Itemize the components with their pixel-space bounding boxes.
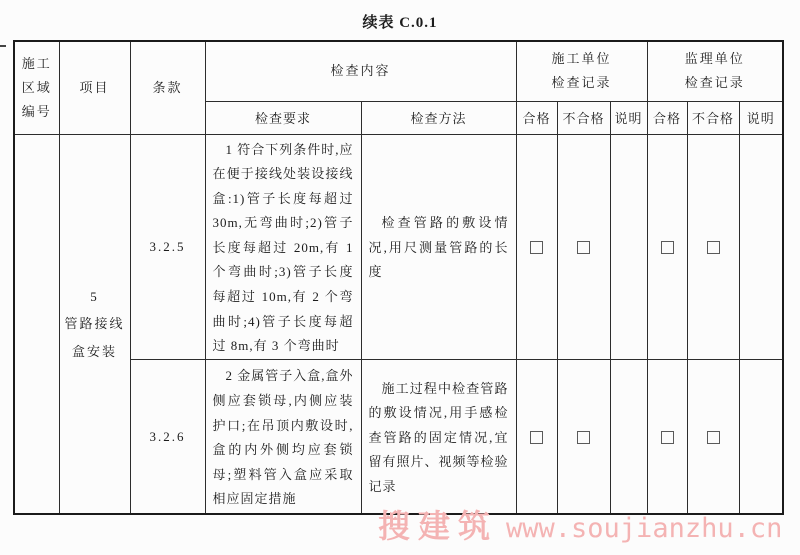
fail-cell-construction bbox=[557, 134, 610, 359]
fail-cell-construction bbox=[557, 359, 610, 514]
requirement-cell: 2 金属管子入盒,盒外侧应套锁母,内侧应装护口;在吊顶内敷设时,盒的内外侧均应套… bbox=[205, 359, 361, 514]
clause-cell: 3.2.6 bbox=[130, 359, 205, 514]
header-fail-construction: 不合格 bbox=[557, 101, 610, 134]
method-cell: 施工过程中检查管路的敷设情况,用手感检查管路的固定情况,宜留有照片、视频等检验记… bbox=[361, 359, 516, 514]
header-fail-supervision: 不合格 bbox=[687, 101, 739, 134]
header-requirement: 检查要求 bbox=[205, 101, 361, 134]
header-clause: 条款 bbox=[130, 41, 205, 134]
header-project: 项目 bbox=[59, 41, 130, 134]
pass-checkbox-supervision[interactable] bbox=[661, 241, 674, 254]
document-page: 续表 C.0.1 施工 区域 编号 项目 条款 检查内容 施工单位 检查记录 监… bbox=[0, 0, 800, 555]
watermark-url: www.soujianzhu.cn bbox=[506, 513, 782, 544]
header-pass-supervision: 合格 bbox=[647, 101, 687, 134]
clause-cell: 3.2.5 bbox=[130, 134, 205, 359]
fail-checkbox-construction[interactable] bbox=[577, 241, 590, 254]
watermark-cjk: 搜建筑 bbox=[378, 508, 498, 544]
method-cell: 检查管路的敷设情况,用尺测量管路的长度 bbox=[361, 134, 516, 359]
header-pass-construction: 合格 bbox=[516, 101, 557, 134]
requirement-cell: 1 符合下列条件时,应在便于接线处装设接线盒:1)管子长度每超过 30m,无弯曲… bbox=[205, 134, 361, 359]
pass-checkbox-supervision[interactable] bbox=[661, 431, 674, 444]
pass-checkbox-construction[interactable] bbox=[530, 241, 543, 254]
table-row: 3.2.6 2 金属管子入盒,盒外侧应套锁母,内侧应装护口;在吊顶内敷设时,盒的… bbox=[14, 359, 783, 514]
table-row: 5 管路接线 盒安装 3.2.5 1 符合下列条件时,应在便于接线处装设接线盒:… bbox=[14, 134, 783, 359]
margin-tick bbox=[0, 45, 6, 47]
pass-cell-supervision bbox=[647, 134, 687, 359]
watermark: 搜建筑www.soujianzhu.cn bbox=[378, 501, 782, 547]
table-title: 续表 C.0.1 bbox=[0, 11, 800, 32]
header-supervision-unit: 监理单位 检查记录 bbox=[647, 41, 783, 101]
pass-checkbox-construction[interactable] bbox=[530, 431, 543, 444]
note-cell-construction bbox=[610, 359, 647, 514]
note-cell-supervision bbox=[739, 359, 783, 514]
header-note-construction: 说明 bbox=[610, 101, 647, 134]
note-cell-supervision bbox=[739, 134, 783, 359]
header-inspection-content: 检查内容 bbox=[205, 41, 516, 101]
requirement-text: 2 金属管子入盒,盒外侧应套锁母,内侧应装护口;在吊顶内敷设时,盒的内外侧均应套… bbox=[206, 361, 361, 512]
method-text: 检查管路的敷设情况,用尺测量管路的长度 bbox=[362, 208, 516, 285]
header-note-supervision: 说明 bbox=[739, 101, 783, 134]
header-construction-unit: 施工单位 检查记录 bbox=[516, 41, 647, 101]
fail-checkbox-supervision[interactable] bbox=[707, 241, 720, 254]
fail-checkbox-construction[interactable] bbox=[577, 431, 590, 444]
header-area-no: 施工 区域 编号 bbox=[14, 41, 59, 134]
fail-checkbox-supervision[interactable] bbox=[707, 431, 720, 444]
note-cell-construction bbox=[610, 134, 647, 359]
pass-cell-construction bbox=[516, 359, 557, 514]
method-text: 施工过程中检查管路的敷设情况,用手感检查管路的固定情况,宜留有照片、视频等检验记… bbox=[362, 374, 516, 500]
project-cell: 5 管路接线 盒安装 bbox=[59, 134, 130, 514]
fail-cell-supervision bbox=[687, 134, 739, 359]
requirement-text: 1 符合下列条件时,应在便于接线处装设接线盒:1)管子长度每超过 30m,无弯曲… bbox=[206, 135, 361, 359]
fail-cell-supervision bbox=[687, 359, 739, 514]
inspection-table: 施工 区域 编号 项目 条款 检查内容 施工单位 检查记录 监理单位 检查记录 … bbox=[13, 40, 784, 515]
header-method: 检查方法 bbox=[361, 101, 516, 134]
area-no-cell bbox=[14, 134, 59, 514]
pass-cell-construction bbox=[516, 134, 557, 359]
header-row-1: 施工 区域 编号 项目 条款 检查内容 施工单位 检查记录 监理单位 检查记录 bbox=[14, 41, 783, 101]
pass-cell-supervision bbox=[647, 359, 687, 514]
